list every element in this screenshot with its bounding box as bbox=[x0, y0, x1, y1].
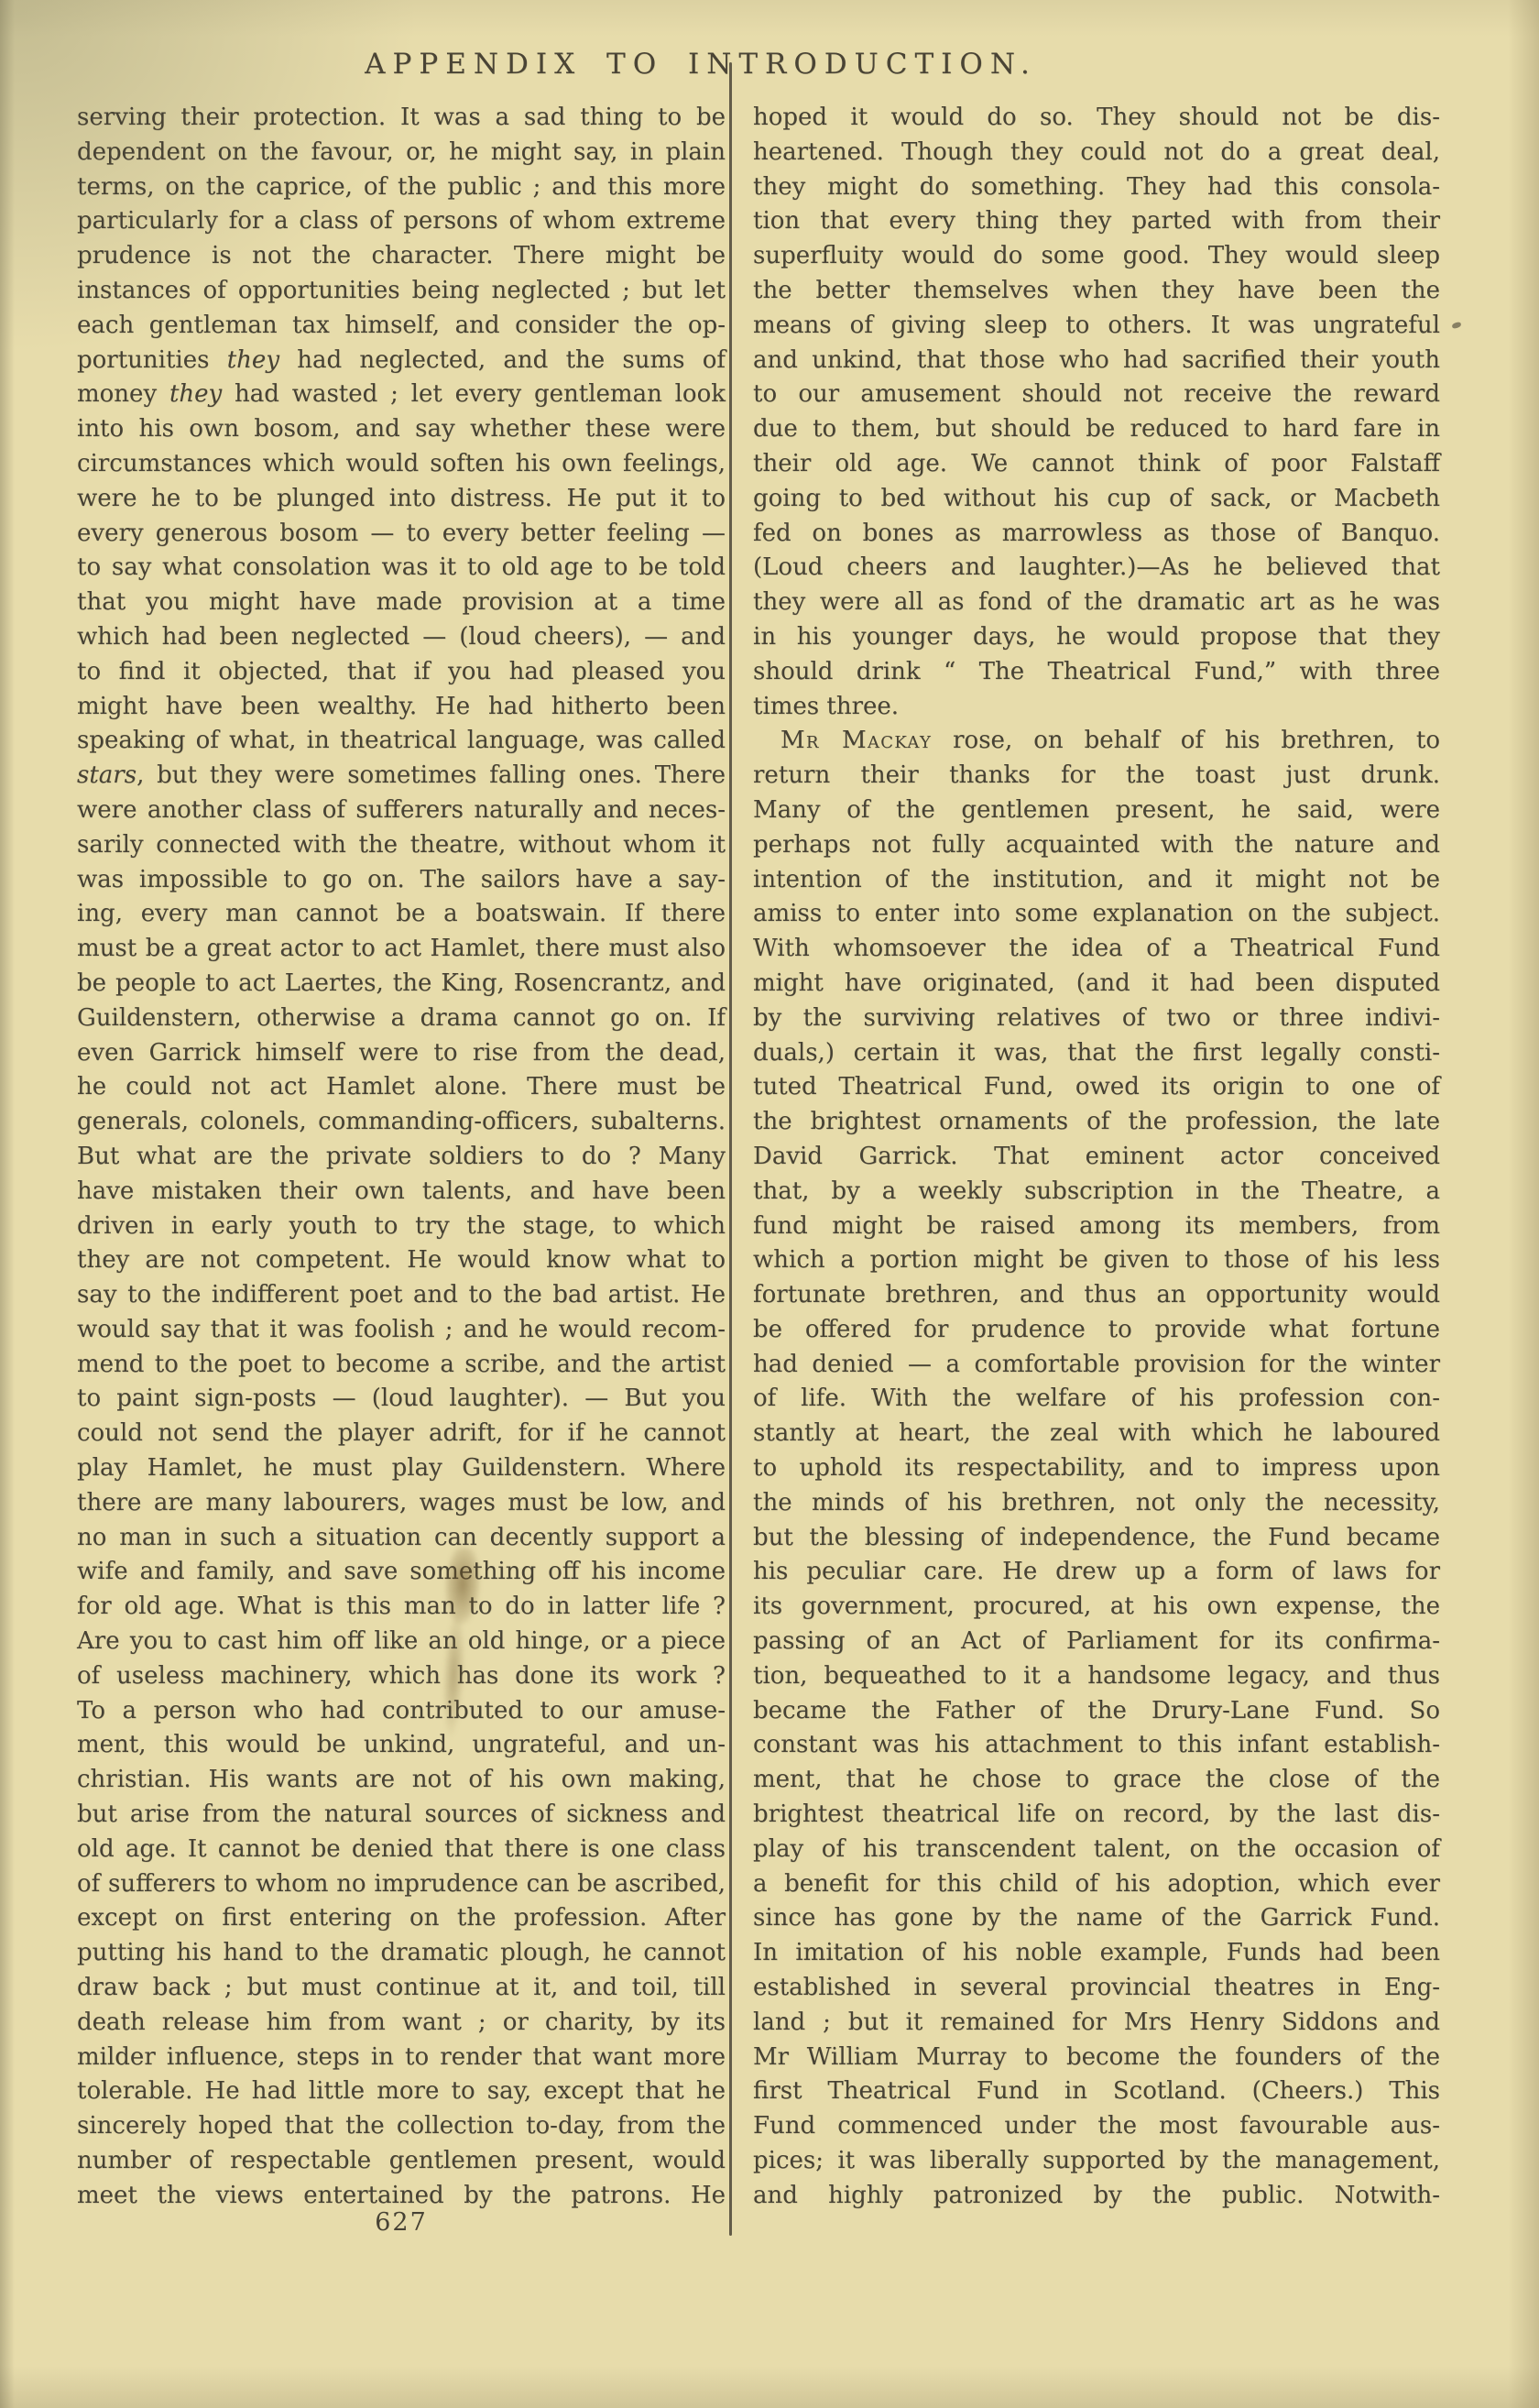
text-line: tuted Theatrical Fund, owed its origin t… bbox=[753, 1070, 1440, 1105]
text-line: to say what consolation was it to old ag… bbox=[77, 551, 726, 586]
text-line: hoped it would do so. They should not be… bbox=[753, 101, 1440, 136]
text-line: into his own bosom, and say whether thes… bbox=[77, 412, 726, 447]
page-number: 627 bbox=[77, 2208, 726, 2237]
text-line: they were all as fond of the dramatic ar… bbox=[753, 586, 1440, 620]
text-line: brightest theatrical life on record, by … bbox=[753, 1798, 1440, 1833]
text-line: even Garrick himself were to rise from t… bbox=[77, 1036, 726, 1071]
text-line: must be a great actor to act Hamlet, the… bbox=[77, 932, 726, 967]
text-line: could not send the player adrift, for if… bbox=[77, 1417, 726, 1451]
text-line: milder influence, steps in to render tha… bbox=[77, 2041, 726, 2075]
text-line: were another class of sufferers naturall… bbox=[77, 794, 726, 828]
text-line: In imitation of his noble example, Funds… bbox=[753, 1936, 1440, 1971]
ink-stain-artifact bbox=[421, 1545, 491, 1754]
text-line: money they had wasted ; let every gentle… bbox=[77, 378, 726, 412]
text-line: first Theatrical Fund in Scotland. (Chee… bbox=[753, 2074, 1440, 2109]
paper-speck-artifact bbox=[1451, 322, 1461, 329]
text-line: Mr William Murray to become the founders… bbox=[753, 2041, 1440, 2075]
text-line: old age. It cannot be denied that there … bbox=[77, 1833, 726, 1867]
text-line: by the surviving relatives of two or thr… bbox=[753, 1002, 1440, 1036]
text-line: generals, colonels, commanding-officers,… bbox=[77, 1105, 726, 1140]
text-line: intention of the institution, and it mig… bbox=[753, 863, 1440, 898]
text-line: speaking of what, in theatrical language… bbox=[77, 724, 726, 759]
book-page-scan: APPENDIX TO INTRODUCTION. serving their … bbox=[0, 0, 1539, 2408]
text-line: stars, but they were sometimes falling o… bbox=[77, 759, 726, 794]
text-line: play of his transcendent talent, on the … bbox=[753, 1833, 1440, 1867]
text-line: particularly for a class of persons of w… bbox=[77, 204, 726, 239]
text-line: Mr Mackay rose, on behalf of his brethre… bbox=[753, 724, 1440, 759]
text-line: ing, every man cannot be a boatswain. If… bbox=[77, 897, 726, 932]
text-line: the brightest ornaments of the professio… bbox=[753, 1105, 1440, 1140]
text-line: number of respectable gentlemen present,… bbox=[77, 2144, 726, 2179]
text-line: amiss to enter into some explanation on … bbox=[753, 897, 1440, 932]
text-line: for old age. What is this man to do in l… bbox=[77, 1590, 726, 1625]
text-line: be people to act Laertes, the King, Rose… bbox=[77, 967, 726, 1002]
text-line: they are not competent. He would know wh… bbox=[77, 1243, 726, 1278]
text-line: play Hamlet, he must play Guildenstern. … bbox=[77, 1451, 726, 1486]
text-line: ment, this would be unkind, ungrateful, … bbox=[77, 1728, 726, 1763]
column-divider-rule bbox=[729, 62, 732, 2236]
text-line: terms, on the caprice, of the public ; a… bbox=[77, 170, 726, 205]
text-line: circumstances which would soften his own… bbox=[77, 447, 726, 482]
text-line: established in several provincial theatr… bbox=[753, 1971, 1440, 2006]
left-column: serving their protection. It was a sad t… bbox=[77, 101, 726, 2214]
text-line: portunities they had neglected, and the … bbox=[77, 344, 726, 378]
text-line: have mistaken their own talents, and hav… bbox=[77, 1175, 726, 1209]
text-line: With whomsoever the idea of a Theatrical… bbox=[753, 932, 1440, 967]
text-line: that you might have made provision at a … bbox=[77, 586, 726, 620]
text-line: in his younger days, he would propose th… bbox=[753, 620, 1440, 655]
text-line: death release him from want ; or charity… bbox=[77, 2006, 726, 2041]
text-line: prudence is not the character. There mig… bbox=[77, 239, 726, 274]
text-line: might have been wealthy. He had hitherto… bbox=[77, 690, 726, 725]
text-line: due to them, but should be reduced to ha… bbox=[753, 412, 1440, 447]
text-line: stantly at heart, the zeal with which he… bbox=[753, 1417, 1440, 1451]
text-line: putting his hand to the dramatic plough,… bbox=[77, 1936, 726, 1971]
text-line: the minds of his brethren, not only the … bbox=[753, 1486, 1440, 1521]
text-line: to paint sign-posts — (loud laughter). —… bbox=[77, 1382, 726, 1417]
text-line: tolerable. He had little more to say, ex… bbox=[77, 2074, 726, 2109]
text-line: say to the indifferent poet and to the b… bbox=[77, 1278, 726, 1313]
text-line: sarily connected with the theatre, witho… bbox=[77, 828, 726, 863]
text-line: Are you to cast him off like an old hing… bbox=[77, 1625, 726, 1659]
text-line: but the blessing of independence, the Fu… bbox=[753, 1521, 1440, 1556]
text-line: they might do something. They had this c… bbox=[753, 170, 1440, 205]
text-line: To a person who had contributed to our a… bbox=[77, 1694, 726, 1729]
text-line: pices; it was liberally supported by the… bbox=[753, 2144, 1440, 2179]
text-line: its government, procured, at his own exp… bbox=[753, 1590, 1440, 1625]
text-line: since has gone by the name of the Garric… bbox=[753, 1901, 1440, 1936]
text-line: of sufferers to whom no imprudence can b… bbox=[77, 1867, 726, 1902]
text-line: had denied — a comfortable provision for… bbox=[753, 1348, 1440, 1383]
text-line: to find it objected, that if you had ple… bbox=[77, 655, 726, 690]
text-line: instances of opportunities being neglect… bbox=[77, 274, 726, 309]
text-line: constant was his attachment to this infa… bbox=[753, 1728, 1440, 1763]
text-line: wife and family, and save something off … bbox=[77, 1555, 726, 1590]
text-line: of useless machinery, which has done its… bbox=[77, 1659, 726, 1694]
text-line: and unkind, that those who had sacrified… bbox=[753, 344, 1440, 378]
text-line: were he to be plunged into distress. He … bbox=[77, 482, 726, 517]
text-line: no man in such a situation can decently … bbox=[77, 1521, 726, 1556]
text-line: might have originated, (and it had been … bbox=[753, 967, 1440, 1002]
text-line: of life. With the welfare of his profess… bbox=[753, 1382, 1440, 1417]
text-line: Guildenstern, otherwise a drama cannot g… bbox=[77, 1002, 726, 1036]
text-line: that, by a weekly subscription in the Th… bbox=[753, 1175, 1440, 1209]
right-column: hoped it would do so. They should not be… bbox=[753, 101, 1440, 2214]
text-line: serving their protection. It was a sad t… bbox=[77, 101, 726, 136]
text-line: ment, that he chose to grace the close o… bbox=[753, 1763, 1440, 1798]
text-line: to uphold its respectability, and to imp… bbox=[753, 1451, 1440, 1486]
text-line: except on first entering on the professi… bbox=[77, 1901, 726, 1936]
text-line: duals,) certain it was, that the first l… bbox=[753, 1036, 1440, 1071]
text-line: christian. His wants are not of his own … bbox=[77, 1763, 726, 1798]
text-line: Fund commenced under the most favourable… bbox=[753, 2109, 1440, 2144]
text-line: Many of the gentlemen present, he said, … bbox=[753, 794, 1440, 828]
text-line: driven in early youth to try the stage, … bbox=[77, 1209, 726, 1244]
text-line: which a portion might be given to those … bbox=[753, 1243, 1440, 1278]
text-line: fed on bones as marrowless as those of B… bbox=[753, 517, 1440, 552]
text-line: and highly patronized by the public. Not… bbox=[753, 2179, 1440, 2214]
text-line: superfluity would do some good. They wou… bbox=[753, 239, 1440, 274]
text-line: be offered for prudence to provide what … bbox=[753, 1313, 1440, 1348]
text-line: draw back ; but must continue at it, and… bbox=[77, 1971, 726, 2006]
text-line: means of giving sleep to others. It was … bbox=[753, 309, 1440, 344]
text-line: tion, bequeathed to it a handsome legacy… bbox=[753, 1659, 1440, 1694]
text-line: But what are the private soldiers to do … bbox=[77, 1140, 726, 1175]
text-line: land ; but it remained for Mrs Henry Sid… bbox=[753, 2006, 1440, 2041]
text-line: return their thanks for the toast just d… bbox=[753, 759, 1440, 794]
text-line: which had been neglected — (loud cheers)… bbox=[77, 620, 726, 655]
text-line: passing of an Act of Parliament for its … bbox=[753, 1625, 1440, 1659]
text-line: each gentleman tax himself, and consider… bbox=[77, 309, 726, 344]
text-line: a benefit for this child of his adoption… bbox=[753, 1867, 1440, 1902]
text-line: the better themselves when they have bee… bbox=[753, 274, 1440, 309]
text-line: was impossible to go on. The sailors hav… bbox=[77, 863, 726, 898]
text-line: sincerely hoped that the collection to-d… bbox=[77, 2109, 726, 2144]
text-line: tion that every thing they parted with f… bbox=[753, 204, 1440, 239]
running-head: APPENDIX TO INTRODUCTION. bbox=[0, 48, 1402, 81]
text-line: fortunate brethren, and thus an opportun… bbox=[753, 1278, 1440, 1313]
text-line: David Garrick. That eminent actor concei… bbox=[753, 1140, 1440, 1175]
text-line: mend to the poet to become a scribe, and… bbox=[77, 1348, 726, 1383]
text-line: going to bed without his cup of sack, or… bbox=[753, 482, 1440, 517]
text-line: dependent on the favour, or, he might sa… bbox=[77, 136, 726, 170]
text-line: their old age. We cannot think of poor F… bbox=[753, 447, 1440, 482]
text-line: but arise from the natural sources of si… bbox=[77, 1798, 726, 1833]
text-line: perhaps not fully acquainted with the na… bbox=[753, 828, 1440, 863]
text-line: became the Father of the Drury-Lane Fund… bbox=[753, 1694, 1440, 1729]
text-line: to our amusement should not receive the … bbox=[753, 378, 1440, 412]
text-line: (Loud cheers and laughter.)—As he believ… bbox=[753, 551, 1440, 586]
text-line: would say that it was foolish ; and he w… bbox=[77, 1313, 726, 1348]
text-line: there are many labourers, wages must be … bbox=[77, 1486, 726, 1521]
text-line: he could not act Hamlet alone. There mus… bbox=[77, 1070, 726, 1105]
text-line: fund might be raised among its members, … bbox=[753, 1209, 1440, 1244]
text-line: should drink “ The Theatrical Fund,” wit… bbox=[753, 655, 1440, 690]
text-line: heartened. Though they could not do a gr… bbox=[753, 136, 1440, 170]
text-line: times three. bbox=[753, 690, 1440, 725]
text-line: every generous bosom — to every better f… bbox=[77, 517, 726, 552]
text-line: his peculiar care. He drew up a form of … bbox=[753, 1555, 1440, 1590]
